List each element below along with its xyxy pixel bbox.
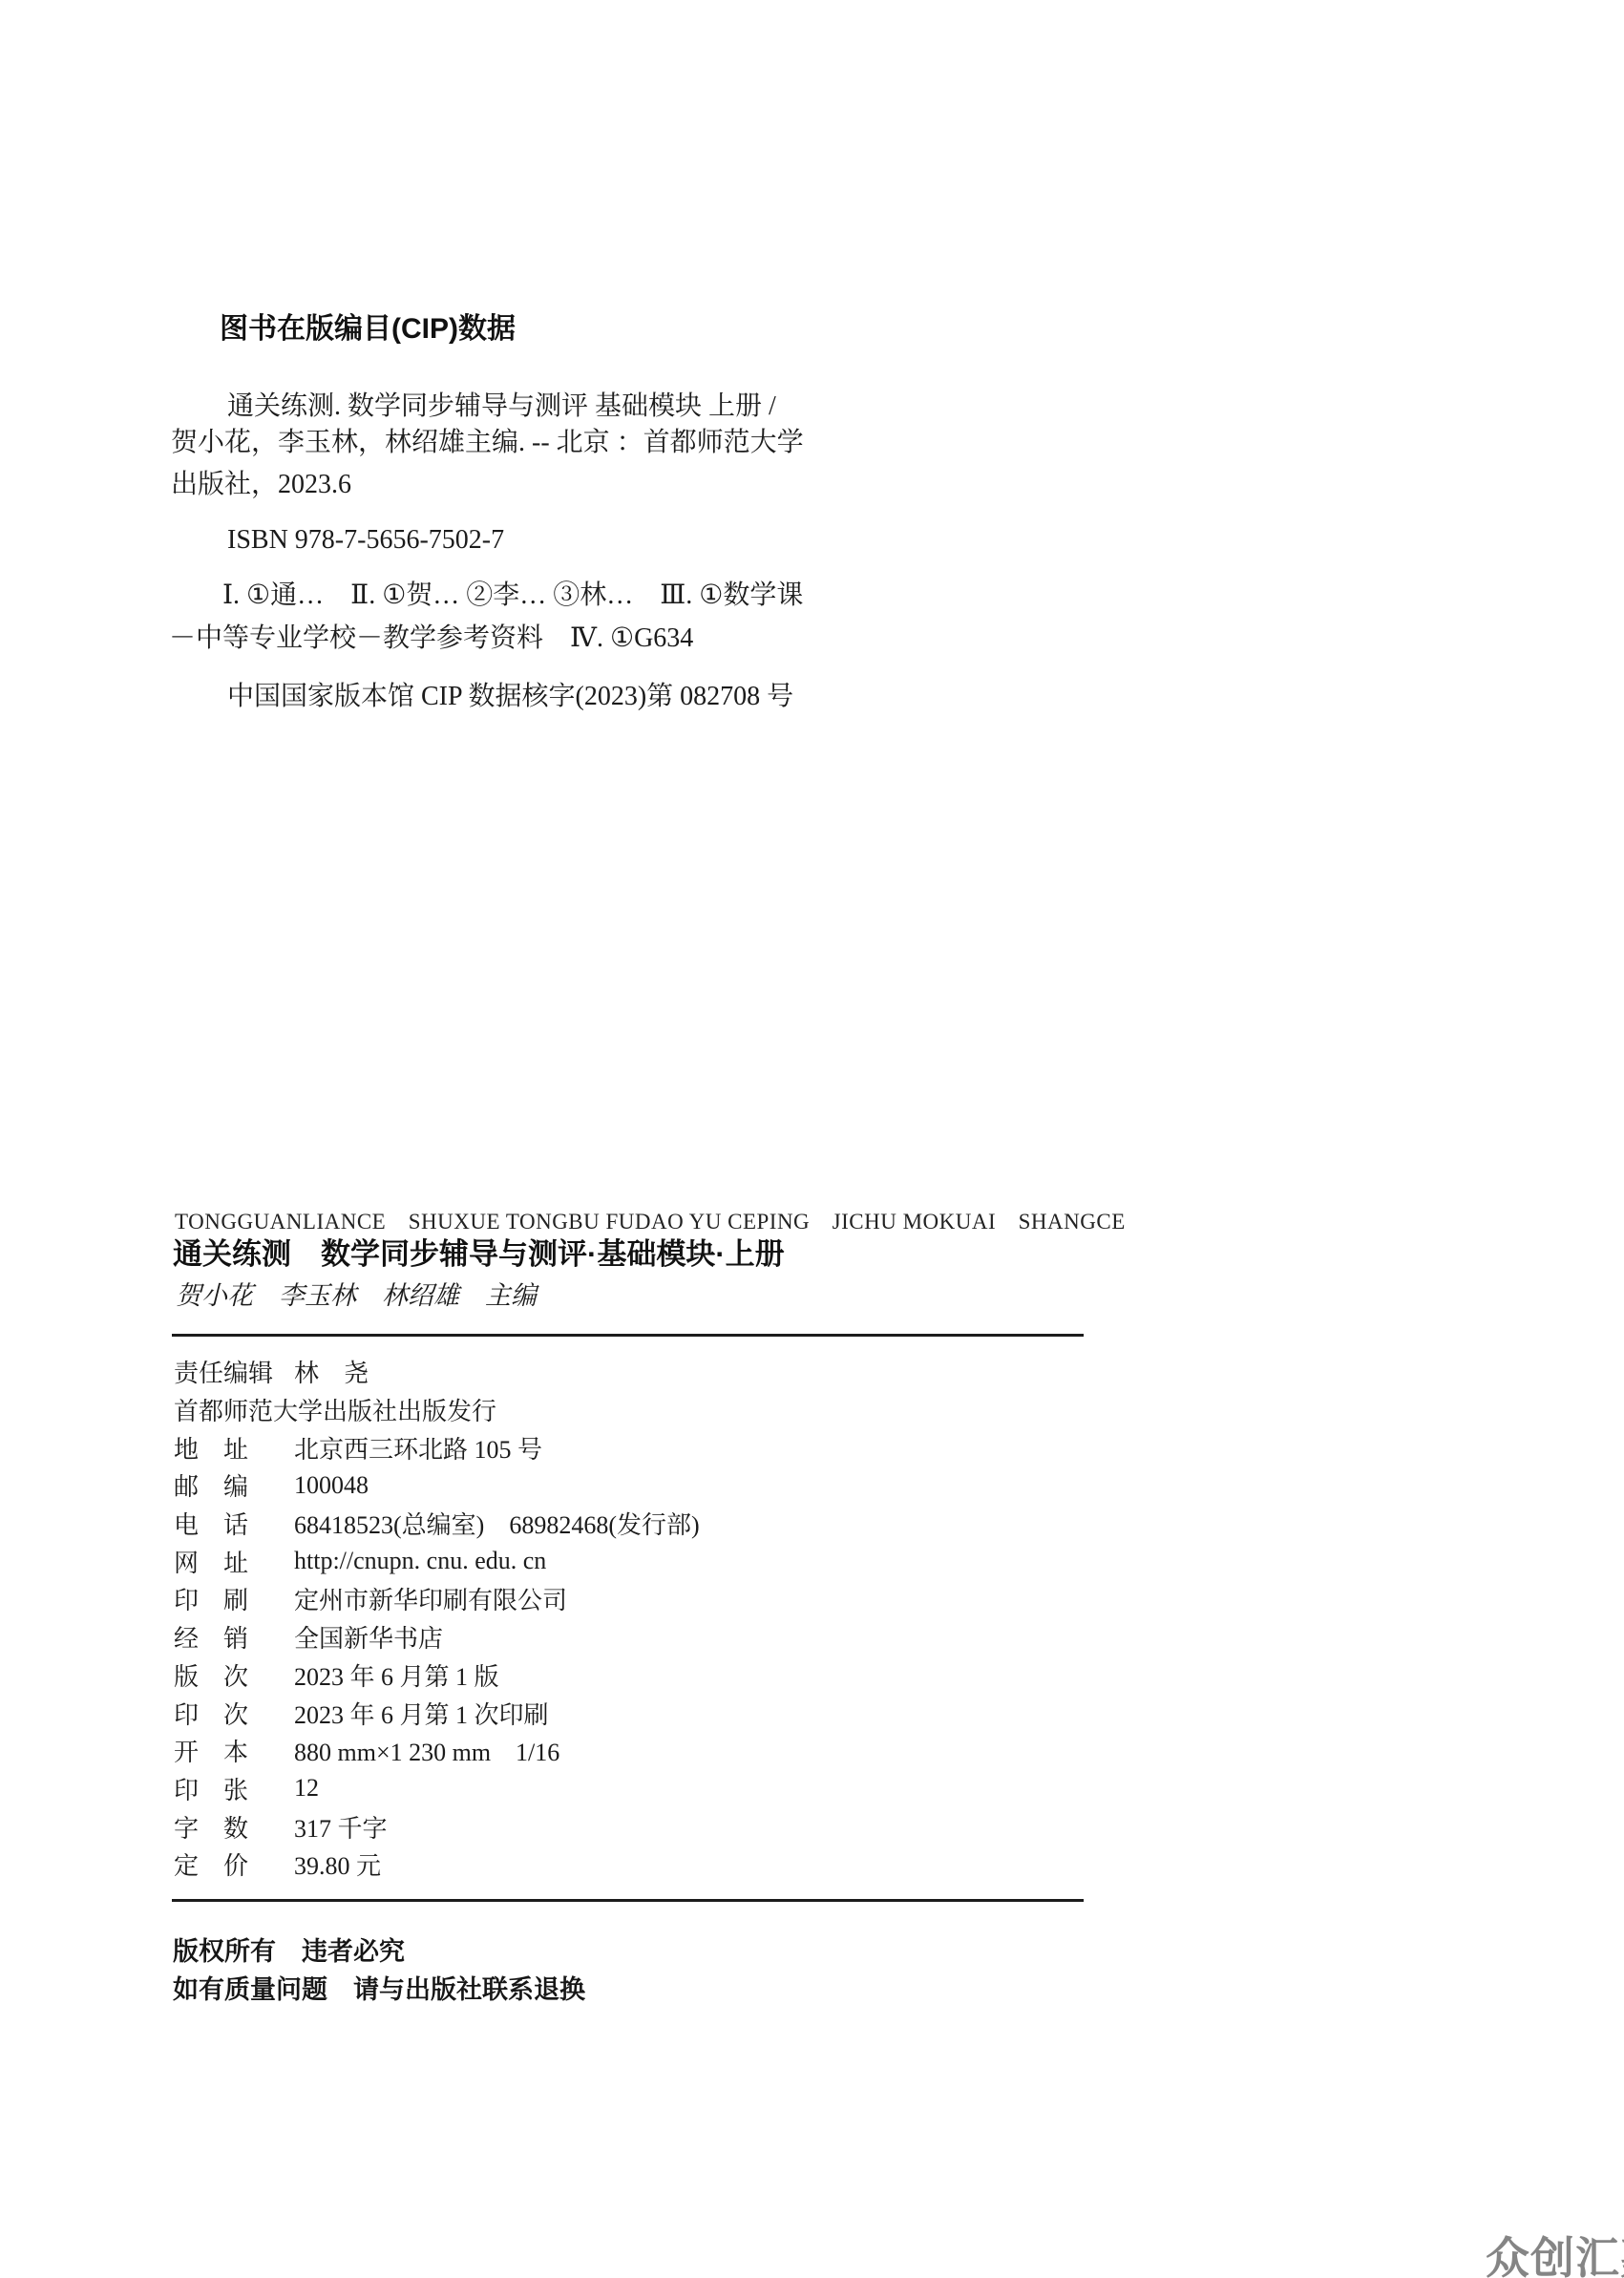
- colophon-label: 字 数: [174, 1809, 294, 1845]
- colophon-label: 印 张: [174, 1771, 294, 1806]
- colophon-label: 地 址: [174, 1430, 294, 1466]
- cip-classification-line-2: －中等专业学校－教学参考资料 Ⅳ. ①G634: [169, 620, 693, 658]
- book-title: 通关练测 数学同步辅导与测评·基础模块·上册: [173, 1236, 785, 1273]
- colophon-label: 开 本: [174, 1733, 294, 1768]
- colophon-label: 经 销: [174, 1619, 294, 1655]
- colophon-row-postcode: 邮 编 100048: [174, 1466, 1109, 1505]
- colophon-row-edition: 版 次 2023 年 6 月第 1 版: [174, 1656, 1109, 1695]
- colophon-value: 880 mm×1 230 mm 1/16: [294, 1733, 1109, 1768]
- colophon-label: 电 话: [174, 1506, 294, 1541]
- colophon-value: 317 千字: [294, 1809, 1109, 1845]
- colophon-row-printer: 印 刷 定州市新华印刷有限公司: [174, 1580, 1109, 1618]
- copyright-page: 图书在版编目(CIP)数据 通关练测. 数学同步辅导与测评 基础模块 上册 / …: [0, 0, 1624, 2278]
- colophon-value: 北京西三环北路 105 号: [294, 1430, 1109, 1466]
- isbn-line: ISBN 978-7-5656-7502-7: [227, 521, 504, 559]
- colophon-value: 39.80 元: [294, 1846, 1109, 1882]
- colophon-row-format: 开 本 880 mm×1 230 mm 1/16: [174, 1732, 1109, 1770]
- cip-heading: 图书在版编目(CIP)数据: [220, 312, 516, 347]
- colophon-row-editor: 责任编辑 林 尧: [174, 1353, 1109, 1391]
- colophon-row-distributor: 经 销 全国新华书店: [174, 1618, 1109, 1656]
- cip-classification-line-1: Ⅰ. ①通… Ⅱ. ①贺… ②李… ③林… Ⅲ. ①数学课: [222, 577, 803, 615]
- colophon-label: 责任编辑: [174, 1354, 294, 1389]
- quality-notice: 如有质量问题 请与出版社联系退换: [173, 1974, 585, 2005]
- colophon-value: 定州市新华印刷有限公司: [294, 1581, 1109, 1616]
- watermark-logo: 众创汇嘉: [1486, 2234, 1624, 2278]
- colophon-row-phone: 电 话 68418523(总编室) 68982468(发行部): [174, 1505, 1109, 1543]
- colophon-value: 全国新华书店: [294, 1619, 1109, 1655]
- colophon-block: 责任编辑 林 尧 首都师范大学出版社出版发行 地 址 北京西三环北路 105 号…: [174, 1353, 1109, 1884]
- colophon-row-wordcount: 字 数 317 千字: [174, 1807, 1109, 1846]
- colophon-label: 印 刷: [174, 1581, 294, 1616]
- book-authors: 贺小花 李玉林 林绍雄 主编: [176, 1279, 537, 1312]
- colophon-label: 网 址: [174, 1544, 294, 1579]
- colophon-value: 2023 年 6 月第 1 次印刷: [294, 1696, 1109, 1731]
- title-pinyin: TONGGUANLIANCE SHUXUE TONGBU FUDAO YU CE…: [175, 1209, 1126, 1235]
- colophon-value: http://cnupn. cnu. edu. cn: [294, 1547, 1109, 1575]
- colophon-row-website: 网 址 http://cnupn. cnu. edu. cn: [174, 1542, 1109, 1580]
- colophon-row-sheets: 印 张 12: [174, 1770, 1109, 1808]
- colophon-row-impression: 印 次 2023 年 6 月第 1 次印刷: [174, 1694, 1109, 1732]
- cip-paragraph-line-3: 出版社，2023.6: [171, 466, 351, 504]
- cip-paragraph-line-2: 贺小花，李玉林，林绍雄主编. -- 北京 ：首都师范大学: [171, 424, 804, 462]
- colophon-row-address: 地 址 北京西三环北路 105 号: [174, 1428, 1109, 1466]
- cip-paragraph-line-1: 通关练测. 数学同步辅导与测评 基础模块 上册 /: [227, 388, 776, 426]
- colophon-value: 100048: [294, 1471, 1109, 1500]
- colophon-value: 68418523(总编室) 68982468(发行部): [294, 1506, 1109, 1541]
- colophon-row-publisher: 首都师范大学出版社出版发行: [174, 1391, 1109, 1429]
- colophon-value: 12: [294, 1774, 1109, 1803]
- divider-rule-bottom: [172, 1899, 1084, 1902]
- colophon-label: 定 价: [174, 1846, 294, 1882]
- divider-rule-top: [172, 1334, 1084, 1337]
- colophon-row-price: 定 价 39.80 元: [174, 1846, 1109, 1884]
- cip-registry-line: 中国国家版本馆 CIP 数据核字(2023)第 082708 号: [227, 678, 793, 716]
- colophon-label: 印 次: [174, 1696, 294, 1731]
- colophon-label: 版 次: [174, 1657, 294, 1693]
- colophon-value: 2023 年 6 月第 1 版: [294, 1657, 1109, 1693]
- colophon-label: 邮 编: [174, 1467, 294, 1503]
- copyright-notice: 版权所有 违者必究: [173, 1936, 405, 1967]
- colophon-value: 林 尧: [294, 1354, 1109, 1389]
- publisher-line: 首都师范大学出版社出版发行: [174, 1392, 1109, 1427]
